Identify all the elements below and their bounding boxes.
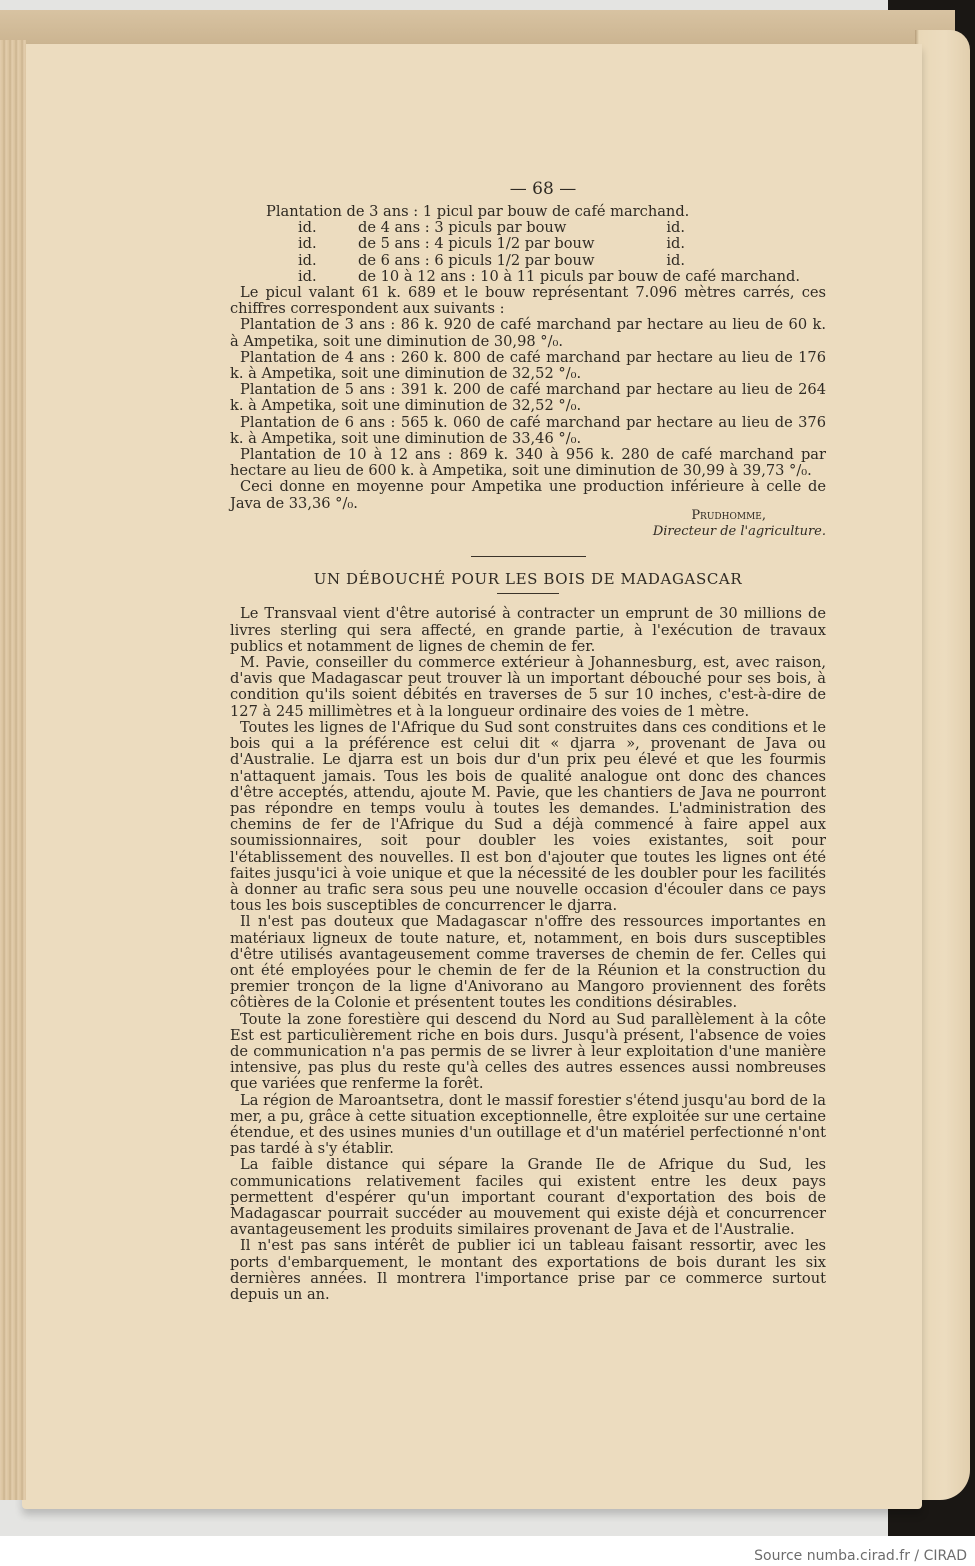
table-row: id.de 6 ans : 6 piculs 1/2 par bouwid. bbox=[230, 253, 826, 269]
row-label: id. bbox=[298, 253, 358, 269]
paragraph: Toutes les lignes de l'Afrique du Sud so… bbox=[230, 720, 826, 914]
row-suffix: id. bbox=[666, 235, 685, 252]
row-age: de 10 à 12 ans : bbox=[358, 268, 476, 285]
table-row: id.de 10 à 12 ans : 10 à 11 piculs par b… bbox=[230, 269, 826, 285]
paragraph: Le Transvaal vient d'être autorisé à con… bbox=[230, 606, 826, 655]
plantation-yield-table: Plantation de 3 ans : 1 picul par bouw d… bbox=[230, 204, 826, 285]
section-divider bbox=[471, 556, 586, 557]
row-yield: 3 piculs par bouw bbox=[434, 220, 666, 236]
page-stack-edge-left bbox=[0, 40, 26, 1500]
table-row: id.de 4 ans : 3 piculs par bouwid. bbox=[230, 220, 826, 236]
row-yield: 1 picul par bouw de café marchand. bbox=[423, 203, 689, 220]
paragraph: Plantation de 6 ans : 565 k. 060 de café… bbox=[230, 415, 826, 447]
section-title: UN DÉBOUCHÉ POUR LES BOIS DE MADAGASCAR bbox=[230, 571, 826, 587]
title-underline bbox=[497, 593, 559, 594]
row-label: id. bbox=[298, 236, 358, 252]
paragraph: Plantation de 3 ans : 86 k. 920 de café … bbox=[230, 317, 826, 349]
paragraph: La faible distance qui sépare la Grande … bbox=[230, 1157, 826, 1238]
paragraph: La région de Maroantsetra, dont le massi… bbox=[230, 1093, 826, 1158]
table-row: Plantation de 3 ans : 1 picul par bouw d… bbox=[230, 204, 826, 220]
row-label: id. bbox=[298, 220, 358, 236]
paragraph: Plantation de 5 ans : 391 k. 200 de café… bbox=[230, 382, 826, 414]
paragraph: Plantation de 10 à 12 ans : 869 k. 340 à… bbox=[230, 447, 826, 479]
paragraph: Plantation de 4 ans : 260 k. 800 de café… bbox=[230, 350, 826, 382]
row-yield: 4 piculs 1/2 par bouw bbox=[434, 236, 666, 252]
page-text: — 68 — Plantation de 3 ans : 1 picul par… bbox=[230, 176, 826, 1303]
row-label: Plantation bbox=[266, 203, 342, 220]
paragraph: Il n'est pas douteux que Madagascar n'of… bbox=[230, 914, 826, 1011]
row-age: de 5 ans : bbox=[358, 235, 430, 252]
paragraph: Il n'est pas sans intérêt de publier ici… bbox=[230, 1238, 826, 1303]
row-label: id. bbox=[298, 269, 358, 285]
paragraph: Toute la zone forestière qui descend du … bbox=[230, 1012, 826, 1093]
row-suffix: id. bbox=[666, 219, 685, 236]
row-suffix: id. bbox=[666, 252, 685, 269]
row-age: de 6 ans : bbox=[358, 252, 430, 269]
row-age: de 4 ans : bbox=[358, 219, 430, 236]
facing-page-edge bbox=[915, 30, 970, 1500]
paragraph: M. Pavie, conseiller du commerce extérie… bbox=[230, 655, 826, 720]
source-credit: Source numba.cirad.fr / CIRAD bbox=[754, 1548, 967, 1564]
signature: Prudhomme, Directeur de l'agriculture. bbox=[230, 508, 826, 540]
row-age: de 3 ans : bbox=[347, 203, 419, 220]
row-yield: 6 piculs 1/2 par bouw bbox=[434, 253, 666, 269]
table-row: id.de 5 ans : 4 piculs 1/2 par bouwid. bbox=[230, 236, 826, 252]
paragraph: Le picul valant 61 k. 689 et le bouw rep… bbox=[230, 285, 826, 317]
page-number: — 68 — bbox=[230, 176, 826, 202]
signature-title: Directeur de l'agriculture. bbox=[230, 524, 826, 540]
row-yield: 10 à 11 piculs par bouw de café marchand… bbox=[480, 268, 800, 285]
